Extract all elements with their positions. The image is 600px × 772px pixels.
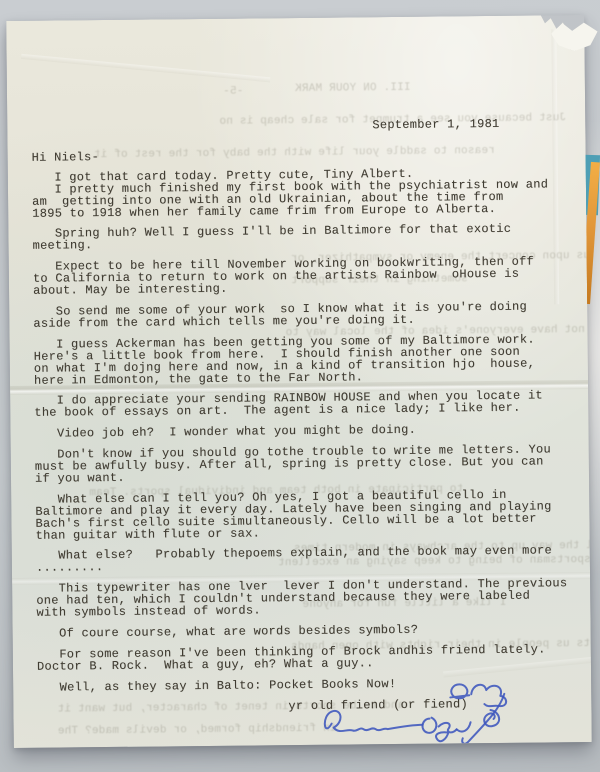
signature-dave-stroke bbox=[325, 710, 423, 731]
paragraph: I do appreciate your sending RAINBOW HOU… bbox=[34, 390, 582, 420]
typed-line: aside from the card which tells me you'r… bbox=[33, 313, 581, 331]
letter-page: -5-III. ON YOUR MARKJust because you see… bbox=[6, 15, 592, 748]
salutation: Hi Niels- bbox=[32, 147, 580, 165]
paragraph: Spring huh? Well I guess I'll be in Balt… bbox=[32, 223, 580, 253]
paragraph: So send me some of your work so I know w… bbox=[33, 301, 581, 331]
typed-line: Video job eh? I wonder what you might be… bbox=[34, 423, 582, 441]
typed-line: Doctor B. Rock. What a guy, eh? What a g… bbox=[37, 656, 585, 674]
paragraph: What else? Probably thepoems explain, an… bbox=[36, 545, 584, 575]
typed-line: Of coure course, what are words besides … bbox=[37, 623, 585, 641]
doodle-eye bbox=[450, 684, 469, 698]
paragraph: Of coure course, what are words besides … bbox=[37, 623, 585, 641]
typed-line: the book of essays on art. The agent is … bbox=[34, 402, 582, 420]
doodle-spiral bbox=[484, 710, 499, 726]
photo-background: -5-III. ON YOUR MARKJust because you see… bbox=[0, 0, 600, 772]
letter-date: September 1, 1981 bbox=[372, 118, 579, 132]
paragraph: I got that card today. Pretty cute, Tiny… bbox=[32, 167, 580, 220]
paragraph: For some reason I've been thinking of Br… bbox=[37, 644, 585, 674]
paragraph: I guess Ackerman has been getting you so… bbox=[34, 334, 582, 387]
typed-line: here in Edmonton, the gate to the Far No… bbox=[34, 370, 582, 388]
typed-letter: September 1, 1981 Hi Niels- I got that c… bbox=[30, 15, 585, 715]
paragraph: This typewriter has one lver lever I don… bbox=[36, 578, 584, 619]
typed-line: 1895 to 1918 when her family came frim f… bbox=[32, 203, 580, 221]
paragraph: Video job eh? I wonder what you might be… bbox=[34, 423, 582, 441]
ghost-text-line: in friendship formed, or devils made? Th… bbox=[58, 724, 337, 738]
paragraph: Expect to be here till November working … bbox=[33, 256, 581, 297]
signature-hook-stroke bbox=[457, 722, 471, 731]
paragraph: Don't know if you should go tothe troubl… bbox=[35, 444, 583, 485]
handwritten-signature bbox=[321, 676, 534, 748]
signature-o-stroke bbox=[422, 718, 436, 733]
letter-body: I got that card today. Pretty cute, Tiny… bbox=[32, 167, 585, 695]
paragraph: What else can I tell you? Oh yes, I got … bbox=[35, 489, 583, 542]
signature-z-stroke bbox=[436, 723, 457, 741]
